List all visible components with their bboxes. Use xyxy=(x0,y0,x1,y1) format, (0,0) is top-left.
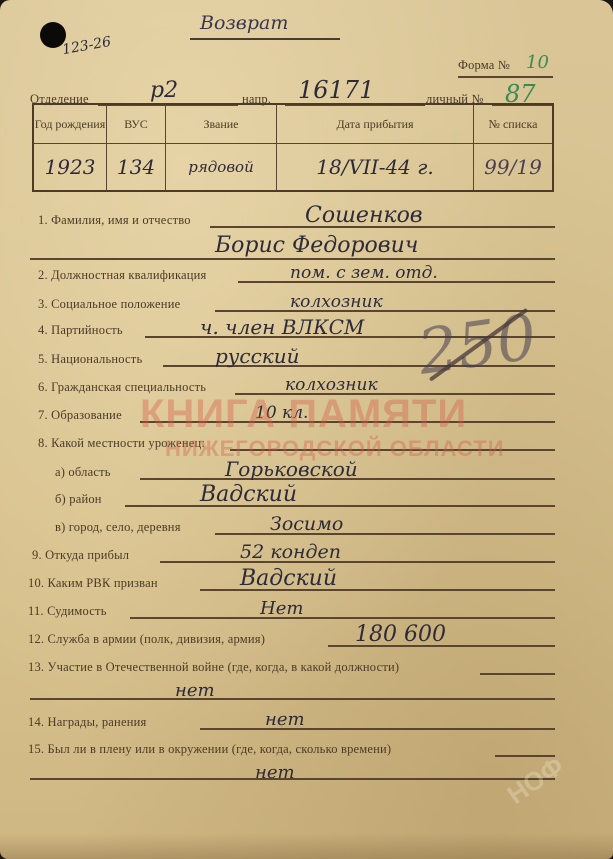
vus-value: 134 xyxy=(107,144,166,192)
rank-value: рядовой xyxy=(166,144,277,192)
form-underline xyxy=(458,76,553,78)
corner-note: 123-26 xyxy=(61,34,112,58)
field-value: Вадский xyxy=(200,482,297,507)
field-label: 9. Откуда прибыл xyxy=(32,548,129,563)
field-value: нет xyxy=(265,709,305,730)
col-list-number: № списка xyxy=(474,104,554,144)
form-number: 10 xyxy=(526,52,549,73)
field-label: 2. Должностная квалификация xyxy=(38,268,207,283)
field-label: 1. Фамилия, имя и отчество xyxy=(38,213,191,228)
field-underline xyxy=(160,561,555,563)
return-stamp: Возврат xyxy=(200,12,288,34)
field-value: Вадский xyxy=(240,566,337,591)
field-value: Зосимо xyxy=(270,513,343,535)
field-value: Борис Федорович xyxy=(215,233,418,258)
stamp-underline xyxy=(190,38,340,40)
watermark-subtitle: НИЖЕГОРОДСКОЙ ОБЛАСТИ xyxy=(165,436,505,462)
field-value: нет xyxy=(175,680,215,701)
document-page: Возврат 123-26 Форма № 10 Отделение р2 н… xyxy=(0,0,613,859)
field-label: а) область xyxy=(55,465,111,480)
field-label: 13. Участие в Отечественной войне (где, … xyxy=(28,660,399,675)
field-label: 4. Партийность xyxy=(38,323,123,338)
field-underline xyxy=(30,258,555,260)
field-value: русский xyxy=(215,344,300,368)
otdelenie-value: р2 xyxy=(150,78,178,103)
field-value: пом. с зем. отд. xyxy=(290,263,438,283)
field-label: 11. Судимость xyxy=(28,604,107,619)
field-label: 10. Каким РВК призван xyxy=(28,576,158,591)
field-label: 12. Служба в армии (полк, дивизия, армия… xyxy=(28,632,265,647)
field-value: ч. член ВЛКСМ xyxy=(200,315,364,339)
field-label: 14. Награды, ранения xyxy=(28,715,146,730)
field-label: 7. Образование xyxy=(38,408,122,423)
form-label: Форма № xyxy=(458,58,510,73)
field-value: Сошенков xyxy=(305,203,423,228)
field-underline xyxy=(130,617,555,619)
field-underline xyxy=(125,505,555,507)
watermark-title: КНИГА ПАМЯТИ xyxy=(140,392,467,437)
col-birth-year: Год рождения xyxy=(33,104,107,144)
field-value: 52 кондеп xyxy=(240,541,341,563)
field-label: 5. Национальность xyxy=(38,352,142,367)
header-table: Год рождения ВУС Звание Дата прибытия № … xyxy=(32,103,554,192)
list-number-value: 99/19 xyxy=(474,144,554,192)
field-value: нет xyxy=(255,762,295,783)
field-underline xyxy=(200,728,555,730)
field-label: в) город, село, деревня xyxy=(55,520,181,535)
field-underline xyxy=(30,698,555,700)
corner-watermark: НОФ xyxy=(502,750,570,810)
arrival-date-value: 18/VII-44 г. xyxy=(277,144,474,192)
field-label: б) район xyxy=(55,492,102,507)
field-value: 180 600 xyxy=(355,622,446,647)
field-label: 3. Социальное положение xyxy=(38,297,180,312)
col-rank: Звание xyxy=(166,104,277,144)
field-value: Нет xyxy=(260,598,303,619)
birth-year-value: 1923 xyxy=(33,144,107,192)
col-vus: ВУС xyxy=(107,104,166,144)
napr-value: 16171 xyxy=(298,76,374,104)
field-value: колхозник xyxy=(290,292,383,312)
field-underline xyxy=(480,673,555,675)
field-label: 15. Был ли в плену или в окружении (где,… xyxy=(28,742,391,757)
col-arrival-date: Дата прибытия xyxy=(277,104,474,144)
field-underline xyxy=(215,533,555,535)
